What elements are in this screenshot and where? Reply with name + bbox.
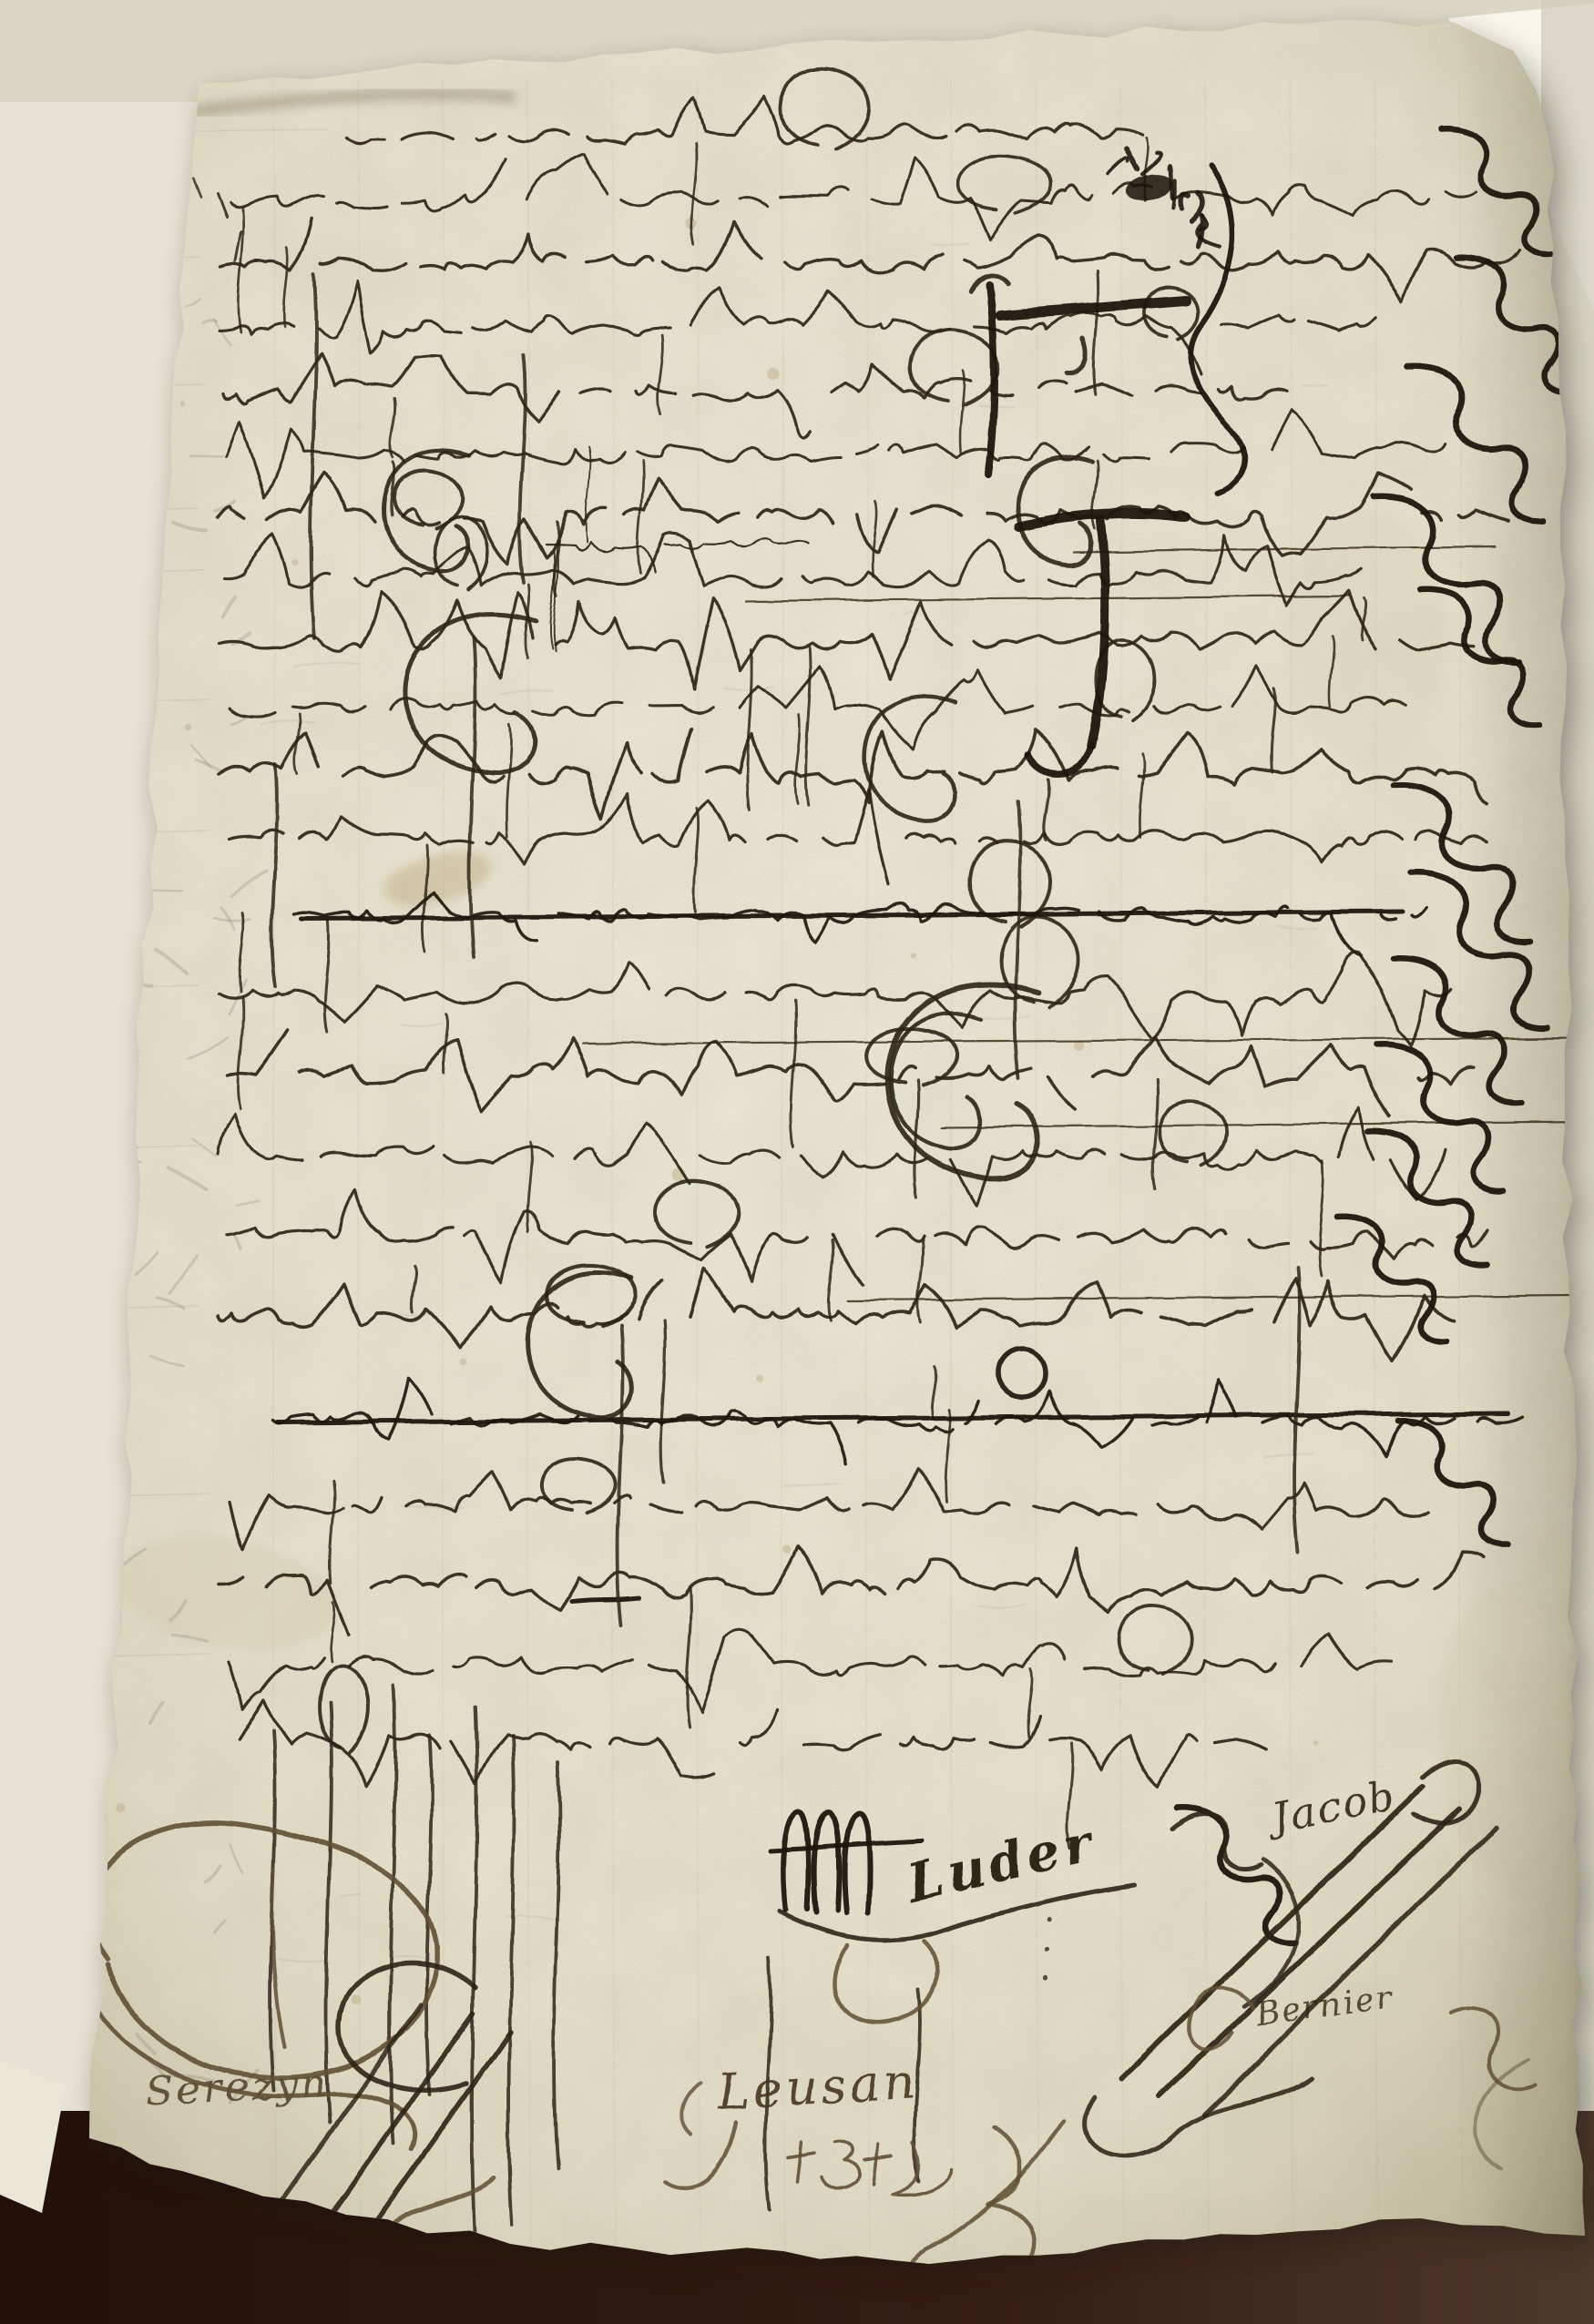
- paper-texture: [0, 0, 1594, 2324]
- signature-serezyn: Serezyn: [146, 2060, 331, 2115]
- signature-leusan: Leusan: [714, 2053, 919, 2121]
- manuscript-photo: Serezyn Luder Leusan Jacob Bernier: [0, 0, 1594, 2324]
- manuscript-photo-canvas: Serezyn Luder Leusan Jacob Bernier: [0, 0, 1594, 2324]
